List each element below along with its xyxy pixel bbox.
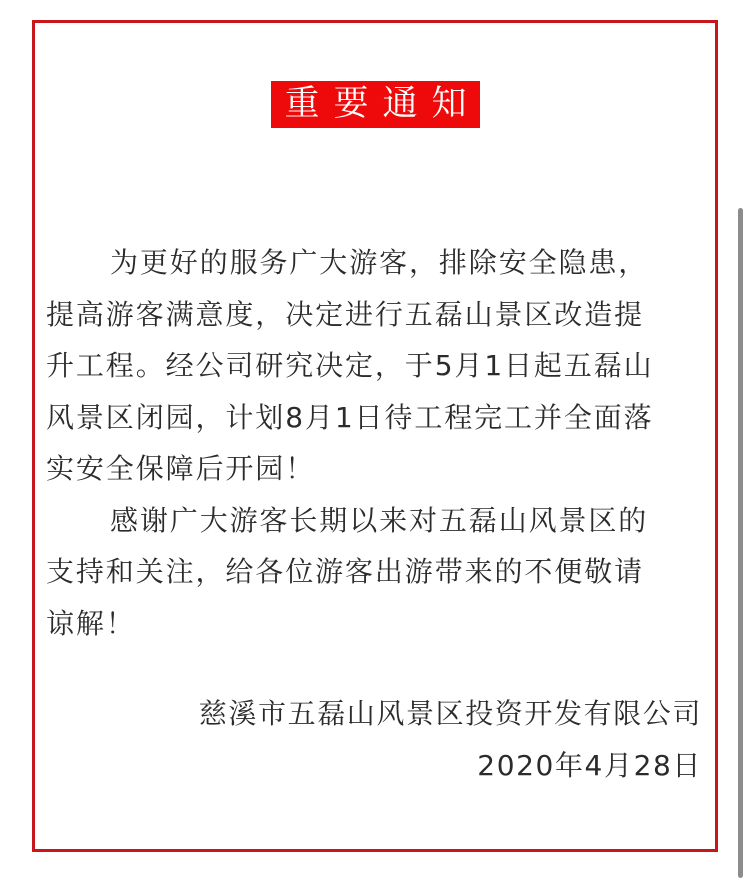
notice-signature: 慈溪市五磊山风景区投资开发有限公司 2020年4月28日 [199, 688, 702, 791]
paragraph-thanks: 感谢广大游客长期以来对五磊山风景区的 支持和关注，给各位游客出游带来的不便敬请 … [46, 495, 686, 650]
paragraph-closure: 为更好的服务广大游客，排除安全隐患， 提高游客满意度，决定进行五磊山景区改造提 … [46, 237, 686, 495]
body-line: 升工程。经公司研究决定，于5月1日起五磊山 [46, 340, 686, 392]
body-line: 实安全保障后开园！ [46, 443, 686, 495]
body-line: 感谢广大游客长期以来对五磊山风景区的 [46, 495, 686, 547]
body-line: 风景区闭园，计划8月1日待工程完工并全面落 [46, 392, 686, 444]
body-line: 谅解！ [46, 598, 686, 650]
body-line: 为更好的服务广大游客，排除安全隐患， [46, 237, 686, 289]
notice-title-banner: 重要通知 [271, 81, 480, 128]
signature-organization: 慈溪市五磊山风景区投资开发有限公司 [199, 688, 702, 740]
body-line: 支持和关注，给各位游客出游带来的不便敬请 [46, 546, 686, 598]
signature-date: 2020年4月28日 [199, 740, 702, 792]
body-line: 提高游客满意度，决定进行五磊山景区改造提 [46, 289, 686, 341]
vertical-scrollbar[interactable] [738, 208, 743, 878]
notice-body: 为更好的服务广大游客，排除安全隐患， 提高游客满意度，决定进行五磊山景区改造提 … [46, 237, 686, 649]
notice-title: 重要通知 [284, 81, 480, 128]
